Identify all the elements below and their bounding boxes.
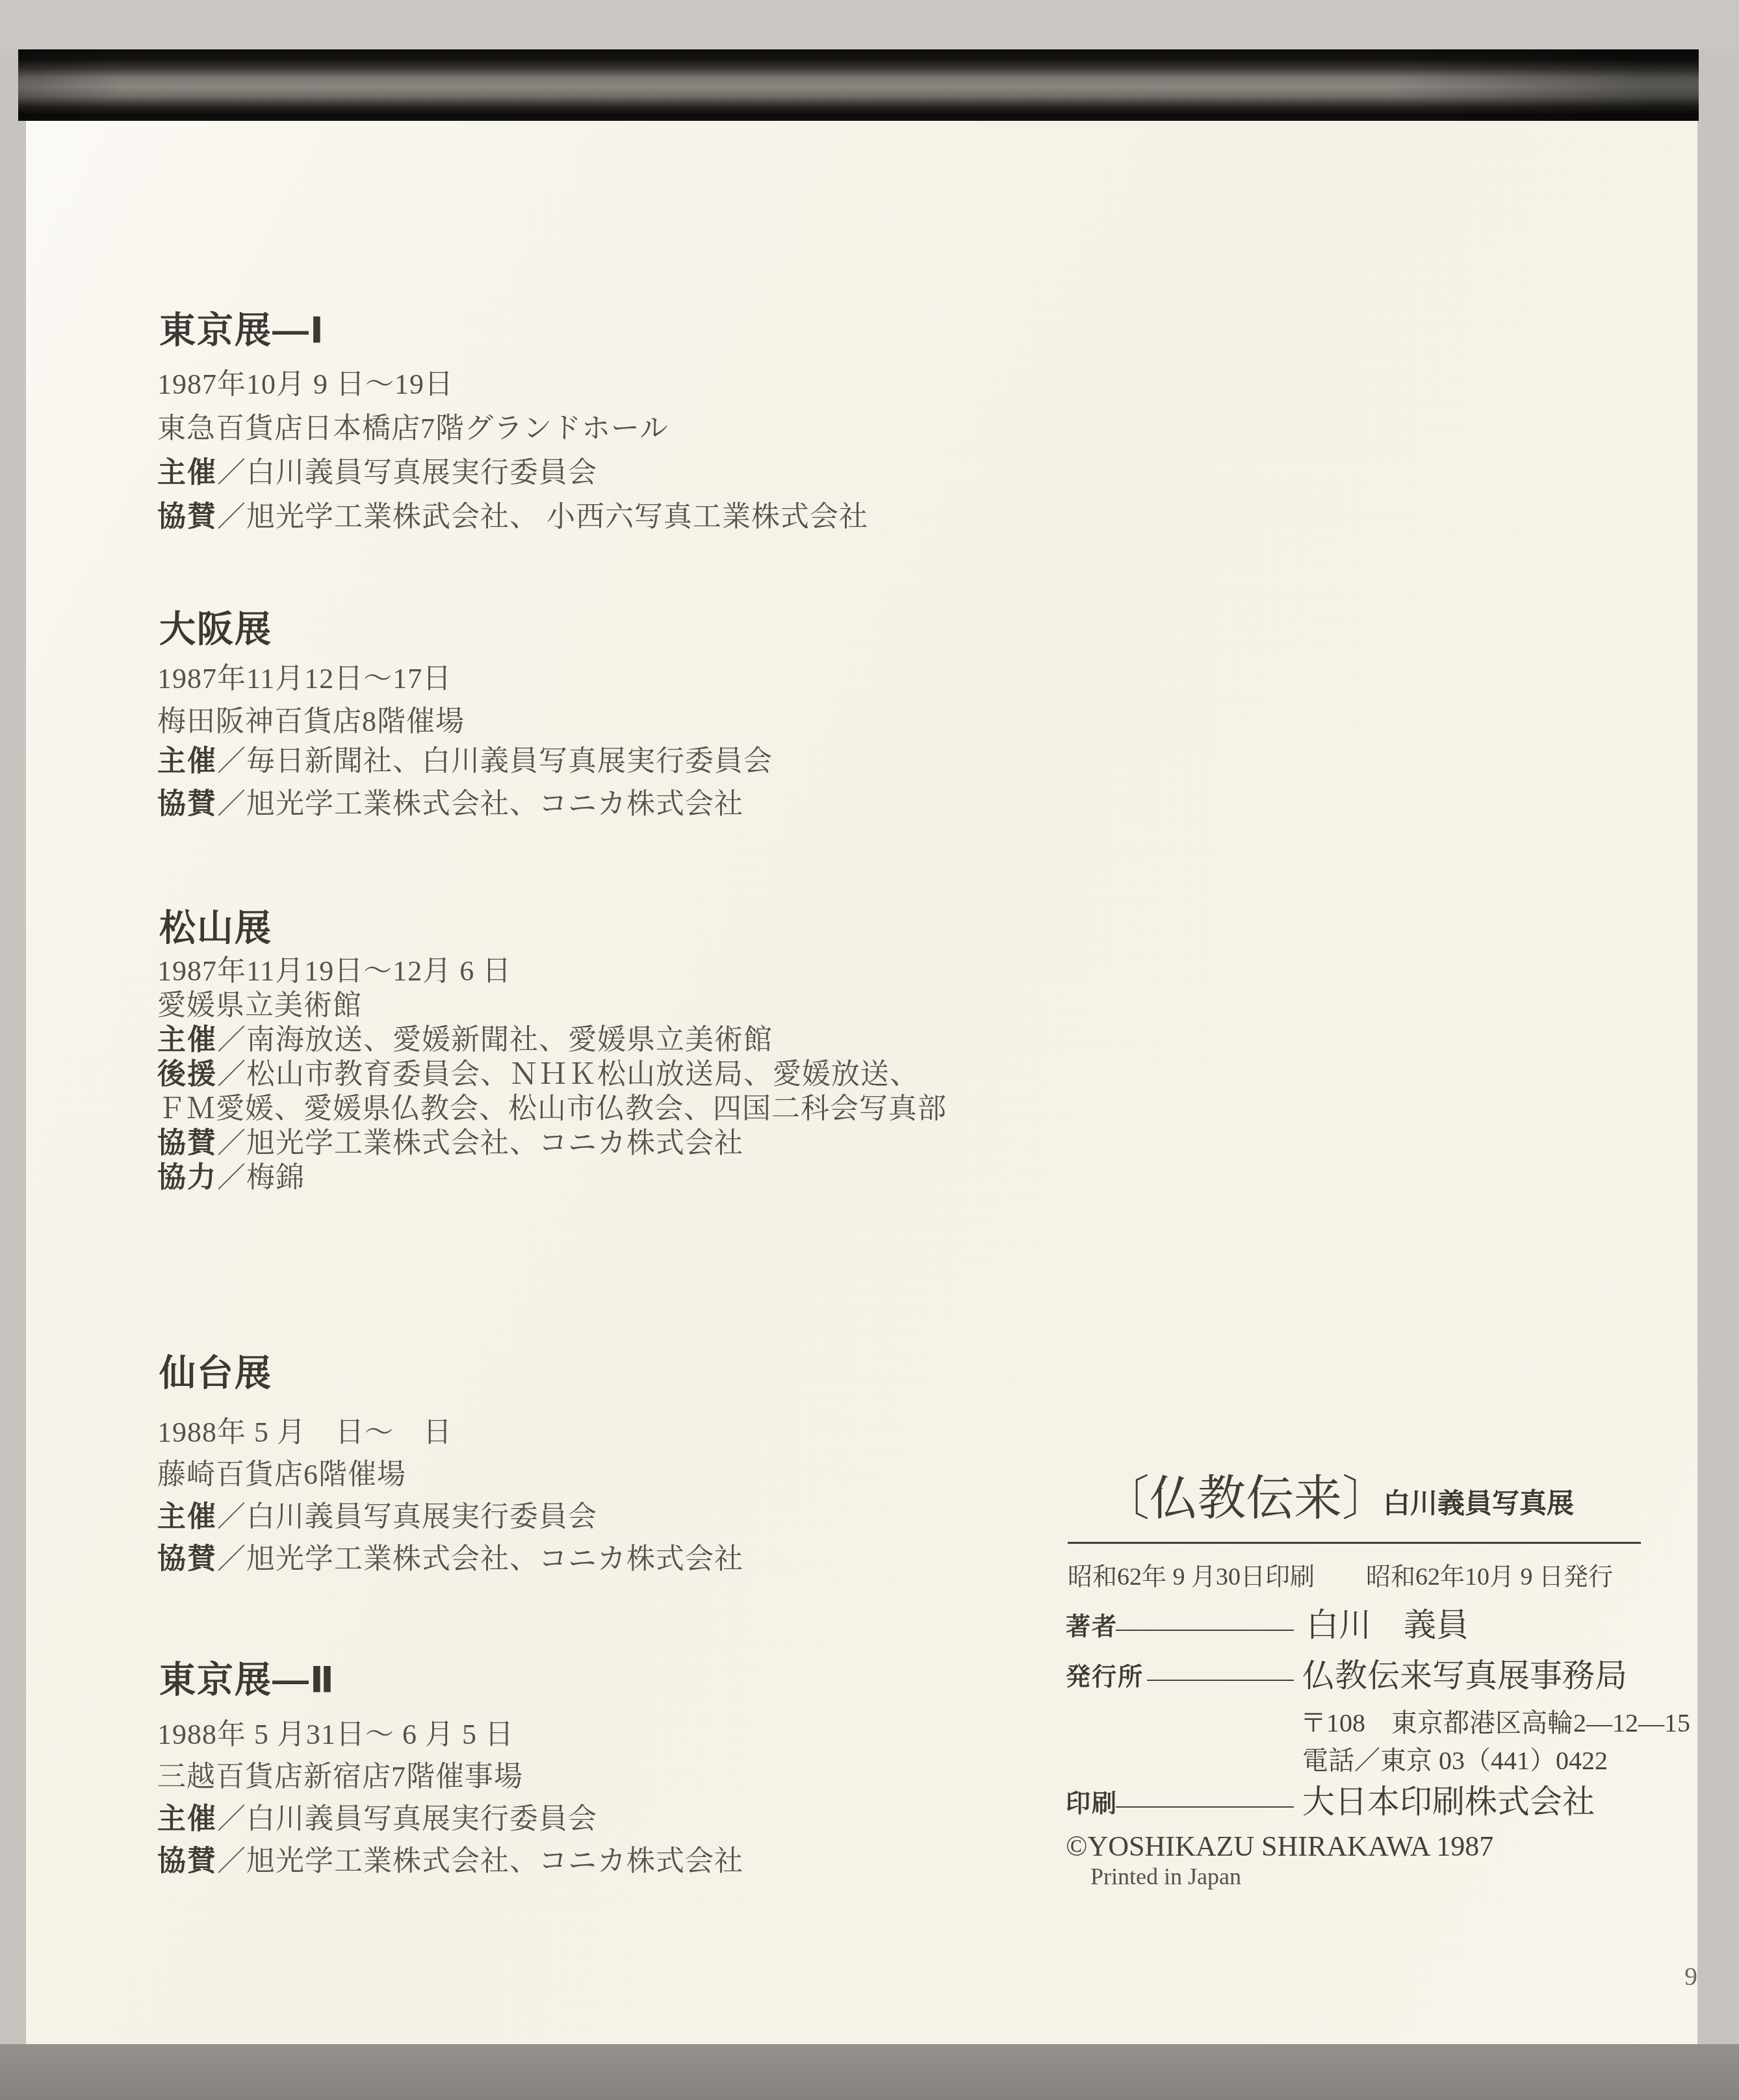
exhibition-organizer: 主催／白川義員写真展実行委員会 xyxy=(157,1805,597,1834)
colophon-print-date: 昭和62年 9 月30日印刷 xyxy=(1068,1565,1315,1589)
colophon-issue-date: 昭和62年10月 9 日発行 xyxy=(1366,1565,1613,1589)
page-number: 9 xyxy=(1684,1964,1697,1990)
exhibition-sponsor: 協賛／旭光学工業株武会社、 小西六写真工業株式会社 xyxy=(157,503,868,531)
publisher-phone: 電話／東京 03（441）0422 xyxy=(1302,1748,1608,1774)
exhibition-venue: 東急百貨店日本橋店7階グランドホール xyxy=(157,415,669,443)
printed-in-japan: Printed in Japan xyxy=(1090,1865,1241,1888)
colophon-book-title: 〔仏教伝来〕 xyxy=(1101,1475,1390,1523)
scanner-lid-bottom xyxy=(0,2044,1739,2100)
scanner-lid-top xyxy=(0,0,1739,49)
exhibition-venue: 梅田阪神百貨店8階催場 xyxy=(157,708,465,736)
exhibition-date: 1988年 5 月31日～ 6 月 5 日 xyxy=(157,1721,514,1749)
printer-label: 印刷 xyxy=(1066,1791,1118,1816)
printer-name: 大日本印刷株式会社 xyxy=(1302,1786,1595,1818)
section-title-matsuyama: 松山展 xyxy=(159,910,272,946)
exhibition-support: 後援／松山市教育委員会、ＮＨＫ松山放送局、愛媛放送、 xyxy=(157,1060,919,1089)
exhibition-sponsor: 協賛／旭光学工業株式会社、コニカ株式会社 xyxy=(157,1847,743,1876)
exhibition-venue: 愛媛県立美術館 xyxy=(157,992,362,1020)
section-title-tokyo-1: 東京展―Ⅰ xyxy=(159,312,325,348)
publisher-name: 仏教伝来写真展事務局 xyxy=(1302,1659,1627,1692)
exhibition-venue: 藤崎百貨店6階催場 xyxy=(157,1461,406,1489)
exhibition-venue: 三越百貨店新宿店7階催事場 xyxy=(157,1763,523,1791)
colophon-divider-rule xyxy=(1068,1542,1641,1544)
scanned-book-page: { "exhibitions": [ { "title": "東京展―Ⅰ", "… xyxy=(0,0,1739,2100)
page-surface: 東京展―Ⅰ 1987年10月 9 日～19日 東急百貨店日本橋店7階グランドホー… xyxy=(26,121,1697,2044)
exhibition-organizer: 主催／毎日新聞社、白川義員写真展実行委員会 xyxy=(157,747,773,776)
author-name: 白川 義員 xyxy=(1306,1609,1469,1641)
author-dash-line xyxy=(1116,1630,1294,1631)
exhibition-sponsor: 協賛／旭光学工業株式会社、コニカ株式会社 xyxy=(157,1129,743,1158)
exhibition-date: 1987年11月19日～12月 6 日 xyxy=(157,957,511,986)
exhibition-sponsor: 協賛／旭光学工業株式会社、コニカ株式会社 xyxy=(157,1545,743,1574)
exhibition-cooperation: 協力／梅錦 xyxy=(157,1164,305,1192)
section-title-sendai: 仙台展 xyxy=(159,1355,272,1391)
exhibition-date: 1988年 5 月 日～ 日 xyxy=(157,1418,452,1447)
section-title-osaka: 大阪展 xyxy=(159,611,272,647)
exhibition-sponsor: 協賛／旭光学工業株式会社、コニカ株式会社 xyxy=(157,790,743,819)
exhibition-organizer: 主催／白川義員写真展実行委員会 xyxy=(157,459,597,487)
copyright-notice: ©YOSHIKAZU SHIRAKAWA 1987 xyxy=(1066,1832,1493,1861)
publisher-label: 発行所 xyxy=(1066,1665,1144,1689)
publisher-dash-line xyxy=(1147,1680,1294,1681)
section-title-tokyo-2: 東京展―Ⅱ xyxy=(159,1661,335,1698)
colophon-exhibition-name: 白川義員写真展 xyxy=(1383,1490,1574,1517)
printer-dash-line xyxy=(1116,1806,1294,1808)
exhibition-date: 1987年11月12日～17日 xyxy=(157,665,452,693)
exhibition-date: 1987年10月 9 日～19日 xyxy=(157,370,454,399)
exhibition-organizer: 主催／南海放送、愛媛新聞社、愛媛県立美術館 xyxy=(157,1026,773,1055)
exhibition-support-continued: ＦＭ愛媛、愛媛県仏教会、松山市仏教会、四国二科会写真部 xyxy=(157,1095,947,1123)
exhibition-organizer: 主催／白川義員写真展実行委員会 xyxy=(157,1503,597,1531)
book-spine-edge xyxy=(18,49,1699,121)
publisher-address: 〒108 東京都港区高輪2―12―15 xyxy=(1300,1710,1690,1736)
author-label: 著者 xyxy=(1066,1615,1118,1639)
